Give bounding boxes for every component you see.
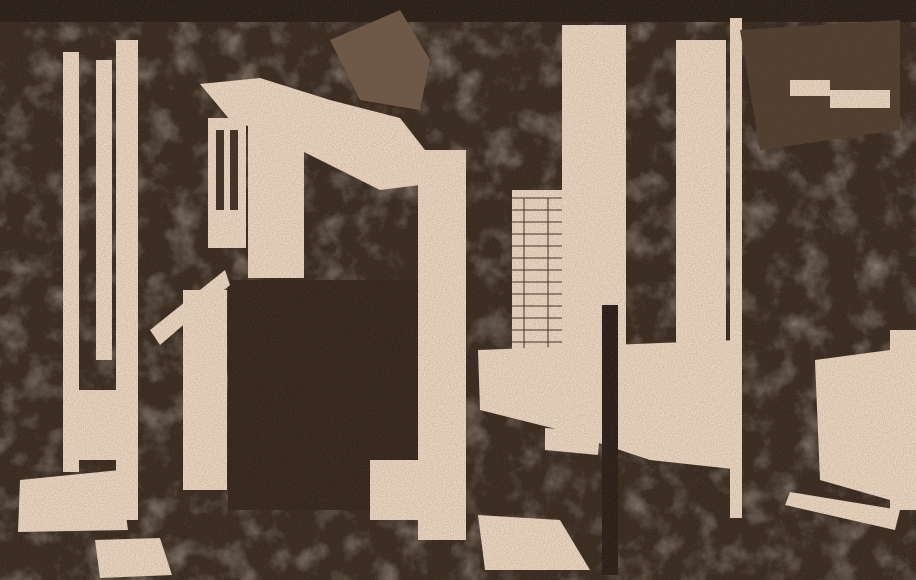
etching-scene	[0, 0, 916, 580]
artwork-print	[0, 0, 916, 580]
